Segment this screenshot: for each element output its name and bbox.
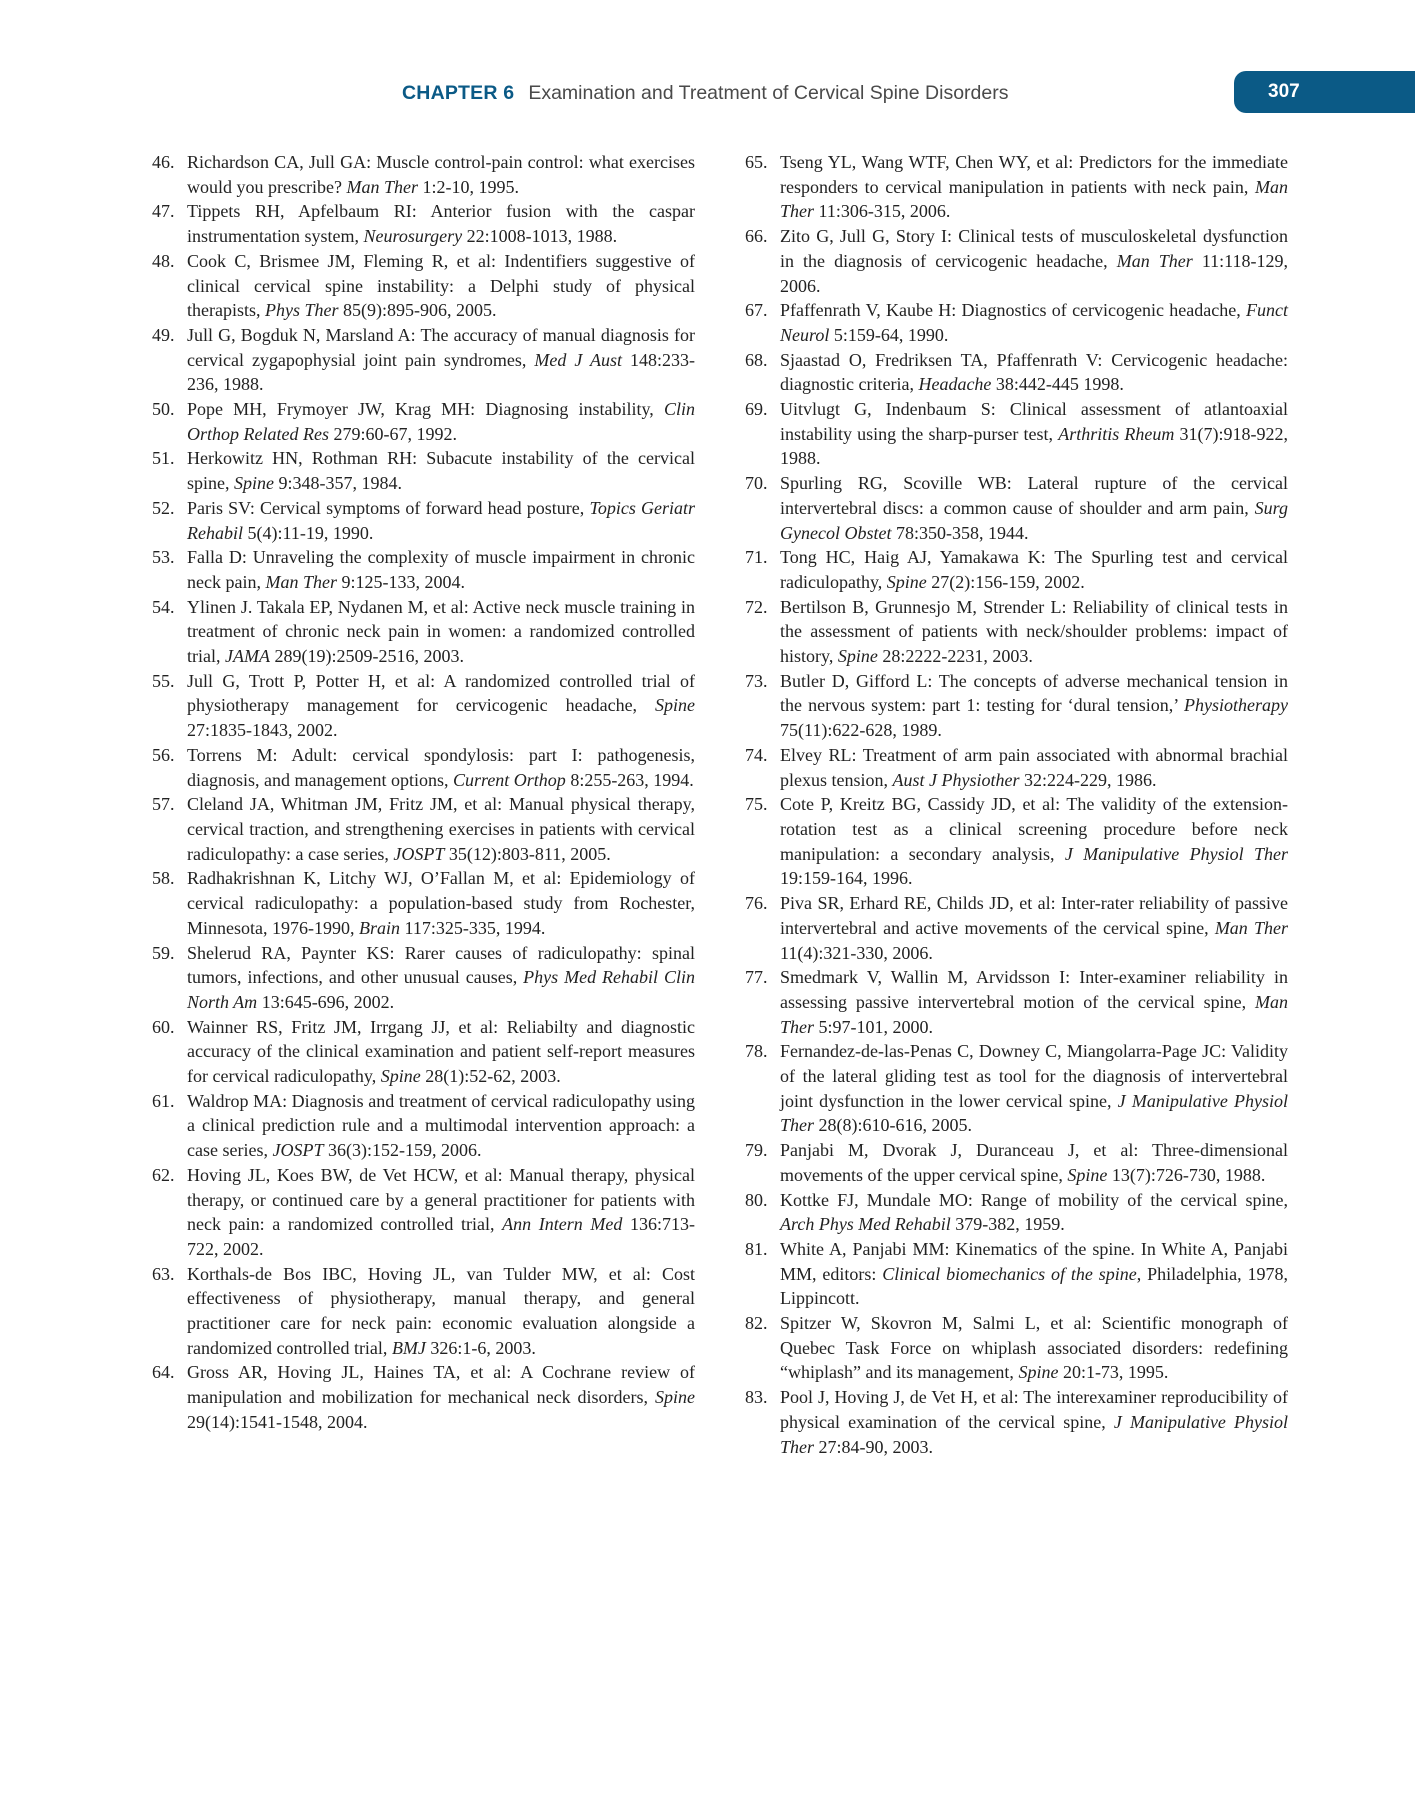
reference-item: 72.Bertilson B, Grunnesjo M, Strender L:… [745,595,1288,669]
reference-number: 83. [745,1385,768,1410]
reference-citation: 13(7):726-730, 1988. [1107,1165,1265,1185]
reference-text: Wainner RS, Fritz JM, Irrgang JJ, et al:… [187,1017,695,1086]
reference-citation: 9:125-133, 2004. [337,572,465,592]
reference-text: Fernandez-de-las-Penas C, Downey C, Mian… [780,1041,1288,1135]
reference-number: 48. [152,249,175,274]
reference-item: 62.Hoving JL, Koes BW, de Vet HCW, et al… [152,1163,695,1262]
reference-number: 47. [152,199,175,224]
reference-item: 63.Korthals-de Bos IBC, Hoving JL, van T… [152,1262,695,1361]
reference-citation: 75(11):622-628, 1989. [780,720,942,740]
reference-citation: 27(2):156-159, 2002. [927,572,1085,592]
reference-journal: Spine [1067,1165,1107,1185]
reference-citation: 289(19):2509-2516, 2003. [270,646,464,666]
reference-item: 53.Falla D: Unraveling the complexity of… [152,545,695,594]
reference-journal: Arch Phys Med Rehabil [780,1214,951,1234]
reference-citation: 27:84-90, 2003. [814,1437,933,1457]
reference-text: Radhakrishnan K, Litchy WJ, O’Fallan M, … [187,868,695,937]
reference-item: 52.Paris SV: Cervical symptoms of forwar… [152,496,695,545]
reference-item: 70.Spurling RG, Scoville WB: Lateral rup… [745,471,1288,545]
reference-number: 60. [152,1015,175,1040]
reference-citation: 35(12):803-811, 2005. [444,844,610,864]
reference-text: Zito G, Jull G, Story I: Clinical tests … [780,226,1288,295]
reference-journal: Med J Aust [534,350,622,370]
reference-citation: 36(3):152-159, 2006. [323,1140,481,1160]
reference-citation: 11(4):321-330, 2006. [780,943,933,963]
reference-text: Hoving JL, Koes BW, de Vet HCW, et al: M… [187,1165,695,1259]
reference-item: 51.Herkowitz HN, Rothman RH: Subacute in… [152,446,695,495]
page-number-tab: 307 [1234,71,1415,113]
reference-journal: Phys Ther [265,300,339,320]
reference-number: 68. [745,348,768,373]
reference-citation: 1:2-10, 1995. [418,177,519,197]
reference-item: 75.Cote P, Kreitz BG, Cassidy JD, et al:… [745,792,1288,891]
reference-number: 54. [152,595,175,620]
chapter-title: Examination and Treatment of Cervical Sp… [528,82,1008,104]
reference-citation: 379-382, 1959. [951,1214,1065,1234]
reference-journal: Man Ther [346,177,418,197]
reference-citation: 32:224-229, 1986. [1019,770,1156,790]
reference-text: Jull G, Trott P, Potter H, et al: A rand… [187,671,695,740]
reference-item: 80.Kottke FJ, Mundale MO: Range of mobil… [745,1188,1288,1237]
reference-number: 61. [152,1089,175,1114]
reference-text: Falla D: Unraveling the complexity of mu… [187,547,695,592]
reference-citation: 28(1):52-62, 2003. [421,1066,561,1086]
reference-text: Torrens M: Adult: cervical spondylosis: … [187,745,695,790]
reference-number: 62. [152,1163,175,1188]
reference-journal: Current Orthop [453,770,566,790]
reference-number: 72. [745,595,768,620]
reference-text: Jull G, Bogduk N, Marsland A: The accura… [187,325,695,394]
reference-text: Pfaffenrath V, Kaube H: Diagnostics of c… [780,300,1288,345]
reference-authors-title: Pfaffenrath V, Kaube H: Diagnostics of c… [780,300,1246,320]
reference-citation: 29(14):1541-1548, 2004. [187,1412,367,1432]
reference-item: 48.Cook C, Brismee JM, Fleming R, et al:… [152,249,695,323]
reference-number: 70. [745,471,768,496]
reference-item: 74.Elvey RL: Treatment of arm pain assoc… [745,743,1288,792]
reference-text: White A, Panjabi MM: Kinematics of the s… [780,1239,1288,1308]
reference-number: 57. [152,792,175,817]
reference-number: 58. [152,866,175,891]
reference-journal: Ann Intern Med [502,1214,622,1234]
reference-text: Tseng YL, Wang WTF, Chen WY, et al: Pred… [780,152,1288,221]
reference-citation: 5:97-101, 2000. [814,1017,933,1037]
reference-number: 56. [152,743,175,768]
reference-item: 68.Sjaastad O, Fredriksen TA, Pfaffenrat… [745,348,1288,397]
reference-item: 73.Butler D, Gifford L: The concepts of … [745,669,1288,743]
reference-text: Gross AR, Hoving JL, Haines TA, et al: A… [187,1362,695,1431]
reference-authors-title: Jull G, Trott P, Potter H, et al: A rand… [187,671,695,716]
references-right-column: 65.Tseng YL, Wang WTF, Chen WY, et al: P… [745,150,1288,1459]
reference-journal: Man Ther [1215,918,1288,938]
reference-citation: 9:348-357, 1984. [274,473,402,493]
reference-text: Shelerud RA, Paynter KS: Rarer causes of… [187,943,695,1012]
reference-text: Piva SR, Erhard RE, Childs JD, et al: In… [780,893,1288,962]
reference-item: 81.White A, Panjabi MM: Kinematics of th… [745,1237,1288,1311]
reference-text: Cote P, Kreitz BG, Cassidy JD, et al: Th… [780,794,1288,888]
reference-journal: JOSPT [393,844,444,864]
reference-text: Tong HC, Haig AJ, Yamakawa K: The Spurli… [780,547,1288,592]
reference-text: Pool J, Hoving J, de Vet H, et al: The i… [780,1387,1288,1456]
reference-item: 54.Ylinen J. Takala EP, Nydanen M, et al… [152,595,695,669]
reference-citation: 326:1-6, 2003. [426,1338,536,1358]
reference-journal: Man Ther [265,572,337,592]
reference-citation: 8:255-263, 1994. [566,770,694,790]
reference-item: 64.Gross AR, Hoving JL, Haines TA, et al… [152,1360,695,1434]
reference-citation: 28(8):610-616, 2005. [814,1115,972,1135]
reference-text: Panjabi M, Dvorak J, Duranceau J, et al:… [780,1140,1288,1185]
reference-number: 52. [152,496,175,521]
reference-number: 55. [152,669,175,694]
reference-number: 81. [745,1237,768,1262]
reference-item: 66.Zito G, Jull G, Story I: Clinical tes… [745,224,1288,298]
reference-text: Waldrop MA: Diagnosis and treatment of c… [187,1091,695,1160]
reference-item: 83.Pool J, Hoving J, de Vet H, et al: Th… [745,1385,1288,1459]
reference-number: 51. [152,446,175,471]
reference-journal: Physiotherapy [1184,695,1288,715]
reference-text: Elvey RL: Treatment of arm pain associat… [780,745,1288,790]
reference-citation: 22:1008-1013, 1988. [462,226,617,246]
reference-text: Cleland JA, Whitman JM, Fritz JM, et al:… [187,794,695,863]
reference-number: 78. [745,1039,768,1064]
reference-number: 71. [745,545,768,570]
reference-item: 76.Piva SR, Erhard RE, Childs JD, et al:… [745,891,1288,965]
reference-text: Sjaastad O, Fredriksen TA, Pfaffenrath V… [780,350,1288,395]
reference-item: 55.Jull G, Trott P, Potter H, et al: A r… [152,669,695,743]
reference-number: 49. [152,323,175,348]
reference-journal: Spine [234,473,274,493]
reference-journal: BMJ [392,1338,426,1358]
reference-text: Cook C, Brismee JM, Fleming R, et al: In… [187,251,695,320]
reference-journal: JOSPT [272,1140,323,1160]
reference-number: 50. [152,397,175,422]
reference-authors-title: Spurling RG, Scoville WB: Lateral ruptur… [780,473,1288,518]
reference-number: 75. [745,792,768,817]
reference-item: 46.Richardson CA, Jull GA: Muscle contro… [152,150,695,199]
reference-text: Pope MH, Frymoyer JW, Krag MH: Diagnosin… [187,399,695,444]
reference-number: 77. [745,965,768,990]
reference-journal: Brain [359,918,400,938]
reference-item: 79.Panjabi M, Dvorak J, Duranceau J, et … [745,1138,1288,1187]
reference-citation: 78:350-358, 1944. [891,523,1028,543]
reference-item: 61.Waldrop MA: Diagnosis and treatment o… [152,1089,695,1163]
reference-text: Kottke FJ, Mundale MO: Range of mobility… [780,1190,1288,1235]
reference-text: Spitzer W, Skovron M, Salmi L, et al: Sc… [780,1313,1288,1382]
reference-item: 65.Tseng YL, Wang WTF, Chen WY, et al: P… [745,150,1288,224]
reference-journal: Spine [381,1066,421,1086]
reference-journal: Headache [918,374,991,394]
reference-item: 56.Torrens M: Adult: cervical spondylosi… [152,743,695,792]
reference-item: 78.Fernandez-de-las-Penas C, Downey C, M… [745,1039,1288,1138]
reference-text: Bertilson B, Grunnesjo M, Strender L: Re… [780,597,1288,666]
reference-text: Smedmark V, Wallin M, Arvidsson I: Inter… [780,967,1288,1036]
reference-number: 63. [152,1262,175,1287]
reference-authors-title: Kottke FJ, Mundale MO: Range of mobility… [780,1190,1288,1210]
reference-number: 66. [745,224,768,249]
references-left-column: 46.Richardson CA, Jull GA: Muscle contro… [152,150,695,1435]
reference-journal: Neurosurgery [363,226,462,246]
reference-item: 69.Uitvlugt G, Indenbaum S: Clinical ass… [745,397,1288,471]
reference-number: 59. [152,941,175,966]
reference-number: 67. [745,298,768,323]
reference-citation: 38:442-445 1998. [991,374,1124,394]
reference-number: 76. [745,891,768,916]
reference-number: 74. [745,743,768,768]
reference-citation: 13:645-696, 2002. [257,992,394,1012]
reference-number: 79. [745,1138,768,1163]
reference-journal: Spine [1018,1362,1058,1382]
reference-text: Richardson CA, Jull GA: Muscle control-p… [187,152,695,197]
reference-text: Spurling RG, Scoville WB: Lateral ruptur… [780,473,1288,542]
reference-text: Korthals-de Bos IBC, Hoving JL, van Tuld… [187,1264,695,1358]
reference-number: 82. [745,1311,768,1336]
chapter-label: CHAPTER 6 [402,82,514,104]
reference-citation: 85(9):895-906, 2005. [339,300,497,320]
reference-item: 60.Wainner RS, Fritz JM, Irrgang JJ, et … [152,1015,695,1089]
reference-citation: 20:1-73, 1995. [1058,1362,1168,1382]
reference-number: 64. [152,1360,175,1385]
reference-journal: Arthritis Rheum [1058,424,1174,444]
reference-journal: Man Ther [1117,251,1193,271]
reference-item: 47.Tippets RH, Apfelbaum RI: Anterior fu… [152,199,695,248]
running-head: CHAPTER 6Examination and Treatment of Ce… [402,78,1008,108]
reference-item: 58.Radhakrishnan K, Litchy WJ, O’Fallan … [152,866,695,940]
reference-text: Paris SV: Cervical symptoms of forward h… [187,498,695,543]
reference-text: Tippets RH, Apfelbaum RI: Anterior fusio… [187,201,695,246]
reference-number: 69. [745,397,768,422]
reference-authors-title: Pope MH, Frymoyer JW, Krag MH: Diagnosin… [187,399,664,419]
reference-item: 77.Smedmark V, Wallin M, Arvidsson I: In… [745,965,1288,1039]
reference-citation: 279:60-67, 1992. [329,424,457,444]
reference-number: 46. [152,150,175,175]
reference-citation: 28:2222-2231, 2003. [878,646,1033,666]
reference-item: 67.Pfaffenrath V, Kaube H: Diagnostics o… [745,298,1288,347]
page-number: 307 [1268,81,1300,102]
reference-citation: 5:159-64, 1990. [829,325,948,345]
reference-text: Herkowitz HN, Rothman RH: Subacute insta… [187,448,695,493]
reference-journal: Spine [887,572,927,592]
reference-number: 80. [745,1188,768,1213]
reference-authors-title: Smedmark V, Wallin M, Arvidsson I: Inter… [780,967,1288,1012]
reference-authors-title: Tseng YL, Wang WTF, Chen WY, et al: Pred… [780,152,1288,197]
reference-item: 82.Spitzer W, Skovron M, Salmi L, et al:… [745,1311,1288,1385]
reference-item: 71.Tong HC, Haig AJ, Yamakawa K: The Spu… [745,545,1288,594]
reference-journal: Spine [655,695,695,715]
reference-authors-title: Piva SR, Erhard RE, Childs JD, et al: In… [780,893,1288,938]
reference-journal: JAMA [225,646,270,666]
reference-item: 59.Shelerud RA, Paynter KS: Rarer causes… [152,941,695,1015]
reference-number: 65. [745,150,768,175]
reference-text: Ylinen J. Takala EP, Nydanen M, et al: A… [187,597,695,666]
reference-citation: 19:159-164, 1996. [780,868,913,888]
reference-journal: J Manipulative Physiol Ther [1065,844,1288,864]
reference-citation: 117:325-335, 1994. [400,918,545,938]
reference-citation: 5(4):11-19, 1990. [243,523,373,543]
reference-authors-title: Gross AR, Hoving JL, Haines TA, et al: A… [187,1362,695,1407]
reference-item: 49.Jull G, Bogduk N, Marsland A: The acc… [152,323,695,397]
reference-journal: Spine [655,1387,695,1407]
reference-text: Butler D, Gifford L: The concepts of adv… [780,671,1288,740]
reference-citation: 11:306-315, 2006. [814,201,950,221]
reference-item: 50.Pope MH, Frymoyer JW, Krag MH: Diagno… [152,397,695,446]
reference-citation: 27:1835-1843, 2002. [187,720,338,740]
reference-text: Uitvlugt G, Indenbaum S: Clinical assess… [780,399,1288,468]
reference-journal: Aust J Physiother [893,770,1020,790]
reference-journal: Clinical biomechanics of the spine [882,1264,1136,1284]
reference-item: 57.Cleland JA, Whitman JM, Fritz JM, et … [152,792,695,866]
reference-number: 73. [745,669,768,694]
reference-authors-title: Paris SV: Cervical symptoms of forward h… [187,498,589,518]
reference-journal: Spine [838,646,878,666]
reference-number: 53. [152,545,175,570]
